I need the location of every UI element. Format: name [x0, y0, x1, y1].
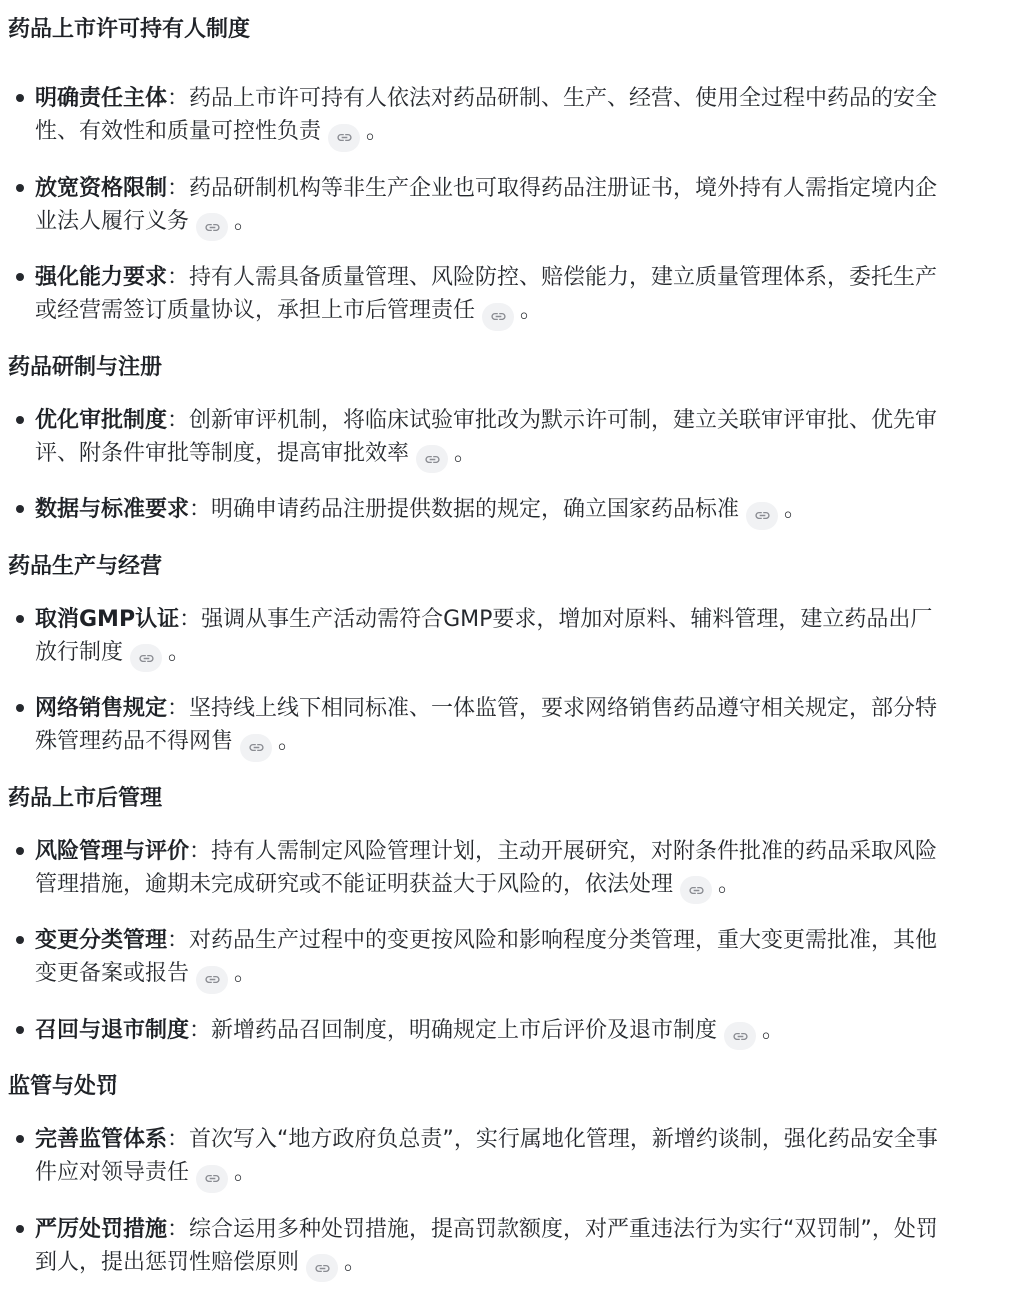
- link-icon: [248, 739, 265, 756]
- list-item: 放宽资格限制：药品研制机构等非生产企业也可取得药品注册证书，境外持有人需指定境内…: [35, 172, 952, 242]
- citation-link-button[interactable]: [196, 213, 228, 241]
- item-period: 。: [234, 961, 256, 986]
- page-title: 药品上市许可持有人制度: [8, 13, 952, 46]
- item-term: 强化能力要求: [35, 265, 167, 290]
- link-icon: [336, 129, 353, 146]
- section: 监管与处罚完善监管体系：首次写入“地方政府负总责”，实行属地化管理，新增约谈制，…: [8, 1070, 952, 1282]
- section: 药品生产与经营取消GMP认证：强调从事生产活动需符合GMP要求，增加对原料、辅料…: [8, 550, 952, 762]
- item-period: 。: [234, 209, 256, 234]
- list-item: 强化能力要求：持有人需具备质量管理、风险防控、赔偿能力，建立质量管理体系，委托生…: [35, 261, 952, 331]
- section-heading: 监管与处罚: [8, 1070, 952, 1103]
- link-icon: [490, 308, 507, 325]
- link-icon: [138, 650, 155, 667]
- link-icon: [204, 219, 221, 236]
- item-colon: ：: [167, 1127, 189, 1152]
- citation-link-button[interactable]: [328, 124, 360, 152]
- item-period: 。: [718, 872, 740, 897]
- link-icon: [204, 971, 221, 988]
- list-item: 优化审批制度：创新审评机制，将临床试验审批改为默示许可制，建立关联审评审批、优先…: [35, 404, 952, 474]
- bullet-list: 明确责任主体：药品上市许可持有人依法对药品研制、生产、经营、使用全过程中药品的安…: [8, 82, 952, 331]
- item-colon: ：: [167, 408, 189, 433]
- list-item: 严厉处罚措施：综合运用多种处罚措施，提高罚款额度，对严重违法行为实行“双罚制”，…: [35, 1213, 952, 1283]
- list-item: 取消GMP认证：强调从事生产活动需符合GMP要求，增加对原料、辅料管理，建立药品…: [35, 603, 952, 673]
- section-heading: 药品生产与经营: [8, 550, 952, 583]
- item-desc: 新增药品召回制度，明确规定上市后评价及退市制度: [211, 1018, 717, 1043]
- item-colon: ：: [189, 1018, 211, 1043]
- item-colon: ：: [167, 696, 189, 721]
- item-colon: ：: [189, 839, 211, 864]
- item-term: 完善监管体系: [35, 1127, 167, 1152]
- item-period: 。: [234, 1160, 256, 1185]
- item-term: 放宽资格限制: [35, 176, 167, 201]
- item-period: 。: [168, 640, 190, 665]
- item-term: 优化审批制度: [35, 408, 167, 433]
- section: 药品研制与注册优化审批制度：创新审评机制，将临床试验审批改为默示许可制，建立关联…: [8, 351, 952, 530]
- citation-link-button[interactable]: [746, 502, 778, 530]
- section: 药品上市后管理风险管理与评价：持有人需制定风险管理计划，主动开展研究，对附条件批…: [8, 782, 952, 1051]
- citation-link-button[interactable]: [680, 876, 712, 904]
- bullet-list: 风险管理与评价：持有人需制定风险管理计划，主动开展研究，对附条件批准的药品采取风…: [8, 835, 952, 1051]
- section: 药品上市许可持有人制度明确责任主体：药品上市许可持有人依法对药品研制、生产、经营…: [8, 13, 952, 331]
- list-item: 数据与标准要求：明确申请药品注册提供数据的规定，确立国家药品标准。: [35, 493, 952, 530]
- item-period: 。: [784, 497, 806, 522]
- item-term: 网络销售规定: [35, 696, 167, 721]
- list-item: 网络销售规定：坚持线上线下相同标准、一体监管，要求网络销售药品遵守相关规定，部分…: [35, 692, 952, 762]
- citation-link-button[interactable]: [724, 1022, 756, 1050]
- item-colon: ：: [167, 928, 189, 953]
- link-icon: [732, 1028, 749, 1045]
- section-heading: 药品上市后管理: [8, 782, 952, 815]
- bullet-list: 取消GMP认证：强调从事生产活动需符合GMP要求，增加对原料、辅料管理，建立药品…: [8, 603, 952, 762]
- link-icon: [688, 882, 705, 899]
- list-item: 变更分类管理：对药品生产过程中的变更按风险和影响程度分类管理，重大变更需批准，其…: [35, 924, 952, 994]
- citation-link-button[interactable]: [306, 1254, 338, 1282]
- item-colon: ：: [189, 497, 211, 522]
- item-colon: ：: [179, 607, 201, 632]
- item-colon: ：: [167, 176, 189, 201]
- citation-link-button[interactable]: [240, 734, 272, 762]
- item-term: 变更分类管理: [35, 928, 167, 953]
- list-item: 风险管理与评价：持有人需制定风险管理计划，主动开展研究，对附条件批准的药品采取风…: [35, 835, 952, 905]
- item-period: 。: [520, 298, 542, 323]
- item-period: 。: [762, 1018, 784, 1043]
- item-period: 。: [344, 1250, 366, 1275]
- citation-link-button[interactable]: [196, 966, 228, 994]
- list-item: 完善监管体系：首次写入“地方政府负总责”，实行属地化管理，新增约谈制，强化药品安…: [35, 1123, 952, 1193]
- item-colon: ：: [167, 86, 189, 111]
- list-item: 明确责任主体：药品上市许可持有人依法对药品研制、生产、经营、使用全过程中药品的安…: [35, 82, 952, 152]
- item-colon: ：: [167, 265, 189, 290]
- item-term: 明确责任主体: [35, 86, 167, 111]
- item-desc: 明确申请药品注册提供数据的规定，确立国家药品标准: [211, 497, 739, 522]
- bullet-list: 优化审批制度：创新审评机制，将临床试验审批改为默示许可制，建立关联审评审批、优先…: [8, 404, 952, 530]
- list-item: 召回与退市制度：新增药品召回制度，明确规定上市后评价及退市制度。: [35, 1014, 952, 1051]
- link-icon: [424, 451, 441, 468]
- item-period: 。: [366, 119, 388, 144]
- item-period: 。: [278, 729, 300, 754]
- citation-link-button[interactable]: [196, 1165, 228, 1193]
- item-period: 。: [454, 441, 476, 466]
- section-heading: 药品研制与注册: [8, 351, 952, 384]
- item-term: 取消GMP认证: [35, 607, 179, 632]
- item-term: 严厉处罚措施: [35, 1217, 167, 1242]
- link-icon: [754, 507, 771, 524]
- link-icon: [314, 1260, 331, 1277]
- citation-link-button[interactable]: [482, 303, 514, 331]
- item-term: 风险管理与评价: [35, 839, 189, 864]
- item-term: 召回与退市制度: [35, 1018, 189, 1043]
- content: 药品上市许可持有人制度明确责任主体：药品上市许可持有人依法对药品研制、生产、经营…: [8, 13, 952, 1282]
- bullet-list: 完善监管体系：首次写入“地方政府负总责”，实行属地化管理，新增约谈制，强化药品安…: [8, 1123, 952, 1282]
- citation-link-button[interactable]: [130, 644, 162, 672]
- item-term: 数据与标准要求: [35, 497, 189, 522]
- citation-link-button[interactable]: [416, 445, 448, 473]
- link-icon: [204, 1170, 221, 1187]
- item-colon: ：: [167, 1217, 189, 1242]
